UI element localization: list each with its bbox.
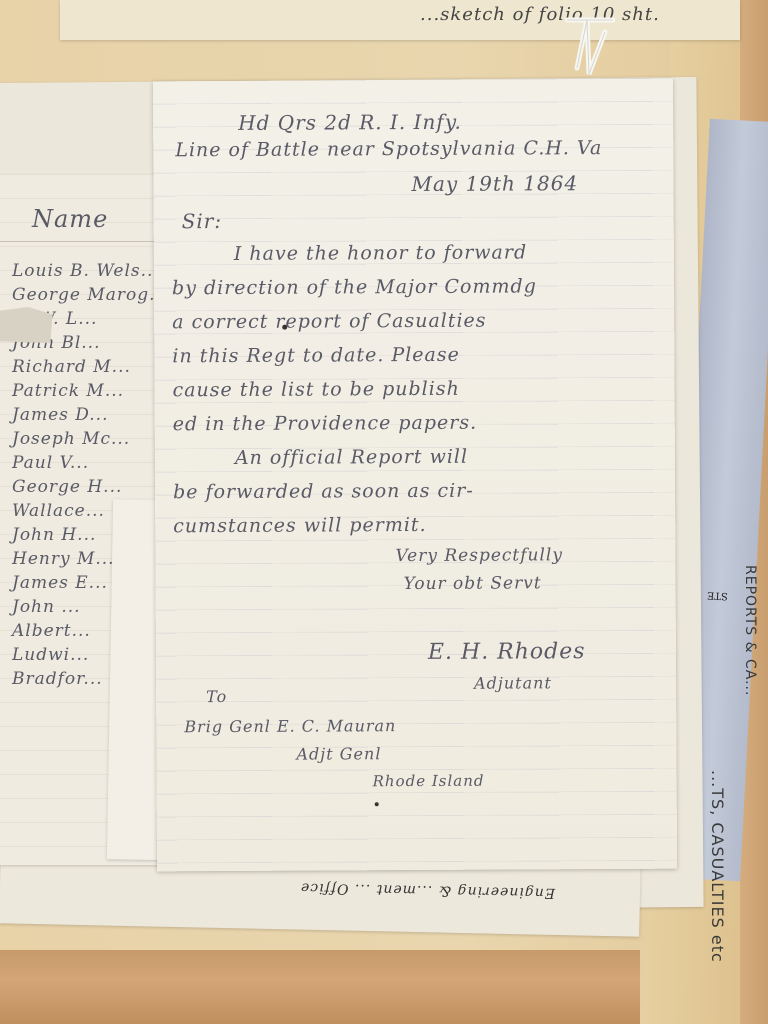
letter-body-line: in this Regt to date. Please [172, 344, 460, 368]
folder-label-upper: REPORTS & CA... [742, 565, 758, 696]
letter-signature-title: Adjutant [474, 673, 552, 692]
letter-date: May 19th 1864 [411, 171, 578, 196]
name-entry: George H... [12, 477, 122, 497]
name-entry: Wallace... [12, 501, 105, 521]
letter-body-line: be forwarded as soon as cir- [173, 480, 474, 504]
paper-clip-icon [565, 12, 615, 82]
letter-closing-servant: Your obt Servt [404, 573, 542, 594]
letter-body-line: I have the honor to forward [234, 241, 527, 265]
letter-heading-location: Line of Battle near Spotsylvania C.H. Va [175, 137, 602, 161]
letter-recipient-state: Rhode Island [373, 772, 485, 791]
name-entry: Patrick M... [12, 381, 124, 401]
letter-body-line: An official Report will [235, 446, 468, 469]
name-entry: James D... [12, 405, 109, 425]
letter-body-line: ed in the Providence papers. [173, 412, 478, 436]
wood-surface-bottom [0, 950, 640, 1024]
letter-body-line: cumstances will permit. [173, 514, 426, 537]
name-entry: Paul V... [12, 453, 89, 473]
name-entry: Henry M... [12, 549, 115, 569]
name-entry: Richard M... [12, 357, 131, 377]
name-entry: Albert... [12, 621, 91, 641]
name-entry: Bradfor... [12, 669, 103, 689]
name-entry: George Marog... [12, 285, 168, 305]
letter-body-line: cause the list to be publish [172, 378, 459, 402]
header-divider [0, 241, 165, 242]
name-entry: James E... [12, 573, 108, 593]
name-list-header: Name [32, 205, 108, 233]
ink-spot [282, 325, 287, 330]
name-entry: Joseph Mc... [12, 429, 130, 449]
name-entry: Louis B. Wels... [12, 261, 160, 281]
name-entry: Ludwi... [12, 645, 89, 665]
bottom-upside-text: Engineering & ...ment ... Office [300, 880, 555, 901]
letter-recipient-name: Brig Genl E. C. Mauran [184, 716, 396, 736]
letter-closing-respectfully: Very Respectfully [395, 545, 563, 566]
letter-signature: E. H. Rhodes [428, 639, 586, 665]
ink-spot [375, 802, 379, 806]
blue-sheet-text: STE [707, 589, 728, 601]
letter-salutation: Sir: [182, 209, 223, 233]
letter-recipient-title: Adjt Genl [296, 744, 381, 763]
letter-body-line: a correct report of Casualties [172, 310, 486, 334]
letter-body-line: by direction of the Major Commdg [172, 275, 537, 299]
letter-to-label: To [206, 687, 227, 706]
top-strip-text: ...sketch of folio 10 sht. [420, 4, 660, 25]
folder-label-lower: ...TS, CASUALTIES etc [708, 770, 727, 963]
top-strip-sheet: ...sketch of folio 10 sht. [60, 0, 740, 40]
letter-heading-unit: Hd Qrs 2d R. I. Infy. [238, 110, 462, 135]
name-entry: John H... [12, 525, 96, 545]
name-entry: John ... [12, 597, 81, 617]
letter-page: Hd Qrs 2d R. I. Infy. Line of Battle nea… [153, 79, 677, 872]
